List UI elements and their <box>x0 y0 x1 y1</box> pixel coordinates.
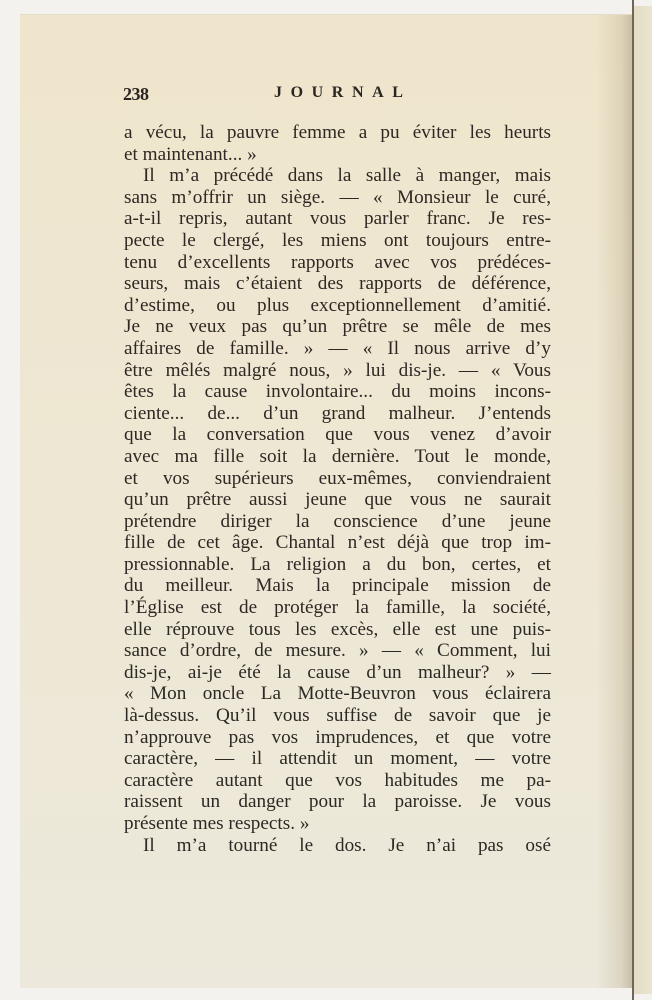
text-line: d’estime, ou plus exceptionnellement d’a… <box>124 295 551 317</box>
text-line: caractère autant que vos habitudes me pa… <box>124 770 551 792</box>
text-line: et vos supérieurs eux-mêmes, conviendrai… <box>124 468 551 490</box>
text-line: n’approuve pas vos imprudences, et que v… <box>124 727 551 749</box>
text-line: dis-je, ai-je été la cause d’un malheur?… <box>124 662 551 684</box>
text-line: l’Église est de protéger la famille, la … <box>124 597 551 619</box>
text-line: Je ne veux pas qu’un prêtre se mêle de m… <box>124 316 551 338</box>
text-line: présente mes respects. » <box>124 813 551 835</box>
gutter-shadow <box>596 15 632 988</box>
text-line: pressionnable. La religion a du bon, cer… <box>124 554 551 576</box>
text-line: Il m’a précédé dans la salle à manger, m… <box>124 165 551 187</box>
running-title: JOURNAL <box>274 84 412 102</box>
text-line: seurs, mais c’étaient des rapports de dé… <box>124 273 551 295</box>
text-line: qu’un prêtre aussi jeune que vous ne sau… <box>124 489 551 511</box>
text-line: prétendre diriger la conscience d’une je… <box>124 511 551 533</box>
text-line: là-dessus. Qu’il vous suffise de savoir … <box>124 705 551 727</box>
text-line: sance d’ordre, de mesure. » — « Comment,… <box>124 640 551 662</box>
text-line: ciente... de... d’un grand malheur. J’en… <box>124 403 551 425</box>
text-line: être mêlés malgré nous, » lui dis-je. — … <box>124 360 551 382</box>
text-line: a-t-il repris, autant vous parler franc.… <box>124 208 551 230</box>
facing-page-edge <box>634 6 652 994</box>
text-line: sans m’offrir un siège. — « Monsieur le … <box>124 187 551 209</box>
text-line: du meilleur. Mais la principale mission … <box>124 575 551 597</box>
text-line: avec ma fille soit la dernière. Tout le … <box>124 446 551 468</box>
text-line: raissent un danger pour la paroisse. Je … <box>124 791 551 813</box>
text-line: affaires de famille. » — « Il nous arriv… <box>124 338 551 360</box>
book-page: 238 JOURNAL a vécu, la pauvre femme a pu… <box>20 14 632 988</box>
text-line: êtes la cause involontaire... du moins i… <box>124 381 551 403</box>
text-line: a vécu, la pauvre femme a pu éviter les … <box>124 122 551 144</box>
text-line: tenu d’excellents rapports avec vos préd… <box>124 252 551 274</box>
text-line: caractère, — il attendit un moment, — vo… <box>124 748 551 770</box>
text-line: Il m’a tourné le dos. Je n’ai pas osé <box>124 835 551 857</box>
text-line: pecte le clergé, les miens ont toujours … <box>124 230 551 252</box>
text-line: elle réprouve tous les excès, elle est u… <box>124 619 551 641</box>
text-line: « Mon oncle La Motte-Beuvron vous éclair… <box>124 683 551 705</box>
running-head: 238 JOURNAL <box>123 84 553 104</box>
body-text: a vécu, la pauvre femme a pu éviter les … <box>124 122 551 856</box>
text-line: et maintenant... » <box>124 144 551 166</box>
text-line: que la conversation que vous venez d’avo… <box>124 424 551 446</box>
page-number: 238 <box>123 84 149 105</box>
text-line: fille de cet âge. Chantal n’est déjà que… <box>124 532 551 554</box>
